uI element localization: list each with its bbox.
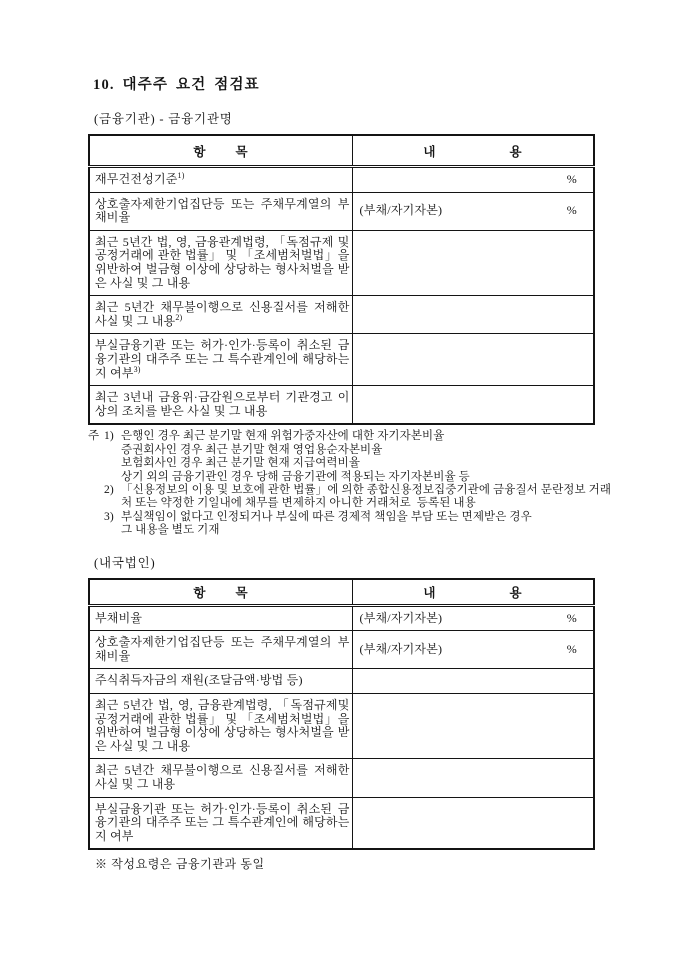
item-cell: 상호출자제한기업집단등 또는 주채무계열의 부채비율 <box>89 192 352 230</box>
domestic-corporation-table: 항 목 내 용 부채비율 (부채/자기자본)% 상호출자제한기업집단등 또는 주… <box>88 578 595 851</box>
ratio-label: (부채/자기자본) <box>360 612 443 626</box>
item-text: 재무건전성기준 <box>95 172 178 186</box>
table-row: 최근 5년간 채무불이행으로 신용질서를 저해한 사실 및 그 내용 <box>89 759 594 797</box>
column-header-item: 항 목 <box>89 579 352 606</box>
item-cell: 상호출자제한기업집단등 또는 주채무계열의 부채비율 <box>89 631 352 669</box>
item-cell: 재무건전성기준1) <box>89 167 352 193</box>
ratio-label: (부채/자기자본) <box>360 204 443 218</box>
table-row: 최근 5년간 법, 영, 금융관계법령, 「독점규제및 공정거래에 관한 법률」… <box>89 693 594 758</box>
table-row: 최근 3년내 금융위·금감원으로부터 기관경고 이상의 조치를 받은 사실 및 … <box>89 386 594 425</box>
table-row: 재무건전성기준1) % <box>89 167 594 193</box>
item-text: 최근 5년간 법, 영, 금융관계법령, 「독점규제 및 공정거래에 관한 법률… <box>95 235 350 290</box>
item-cell: 부실금융기관 또는 허가·인가·등록이 취소된 금융기관의 대주주 또는 그 특… <box>89 797 352 849</box>
footnote-line: 증권회사인 경우 최근 분기말 현재 영업용순자본비율 <box>88 444 674 457</box>
footnote-ref: 2) <box>175 313 182 322</box>
footnote-ref: 1) <box>178 171 185 180</box>
page-content: 10. 대주주 요건 점검표 (금융기관) - 금융기관명 항 목 내 용 재무… <box>0 0 680 872</box>
footnote-text: 부실책임이 없다고 인정되거나 부실에 따른 경제적 책임을 부담 또는 면제받… <box>121 511 532 524</box>
table-row: 부채비율 (부채/자기자본)% <box>89 605 594 631</box>
item-text: 주식취득자금의 재원(조달금액·방법 등) <box>95 673 303 687</box>
percent-label: % <box>567 612 577 626</box>
footnote-text: 처 또는 약정한 기일내에 채무를 변제하지 아니한 거래처로 등록된 내용 <box>121 497 476 510</box>
footnotes: 주1)은행인 경우 최근 분기말 현재 위험가중자산에 대한 자기자본비율 증권… <box>88 430 674 537</box>
item-cell: 최근 5년간 법, 영, 금융관계법령, 「독점규제 및 공정거래에 관한 법률… <box>89 230 352 295</box>
item-text: 최근 3년내 금융위·금감원으로부터 기관경고 이상의 조치를 받은 사실 및 … <box>95 390 350 418</box>
table-row: 최근 5년간 채무불이행으로 신용질서를 저해한 사실 및 그 내용2) <box>89 296 594 334</box>
financial-institution-table: 항 목 내 용 재무건전성기준1) % 상호출자제한기업집단등 또는 주채무계열… <box>88 134 595 425</box>
table-row: 상호출자제한기업집단등 또는 주채무계열의 부채비율 (부채/자기자본)% <box>89 192 594 230</box>
footnote-line: 보험회사인 경우 최근 분기말 현재 지급여력비율 <box>88 457 674 470</box>
table-row: 상호출자제한기업집단등 또는 주채무계열의 부채비율 (부채/자기자본)% <box>89 631 594 669</box>
table-row: 주식취득자금의 재원(조달금액·방법 등) <box>89 669 594 694</box>
table1-caption: (금융기관) - 금융기관명 <box>94 109 680 127</box>
item-cell: 부실금융기관 또는 허가·인가·등록이 취소된 금융기관의 대주주 또는 그 특… <box>89 334 352 386</box>
column-header-item: 항 목 <box>89 135 352 167</box>
content-cell: (부채/자기자본)% <box>352 631 594 669</box>
footer-note: ※ 작성요령은 금융기관과 동일 <box>95 855 680 872</box>
content-cell <box>352 797 594 849</box>
footnote-number: 2) <box>104 484 121 497</box>
item-text: 상호출자제한기업집단등 또는 주채무계열의 부채비율 <box>95 635 350 663</box>
ratio-label: (부채/자기자본) <box>360 643 443 657</box>
item-cell: 최근 5년간 채무불이행으로 신용질서를 저해한 사실 및 그 내용2) <box>89 296 352 334</box>
footnote-text: 증권회사인 경우 최근 분기말 현재 영업용순자본비율 <box>121 444 382 457</box>
content-cell: (부채/자기자본)% <box>352 192 594 230</box>
footnote-line: 처 또는 약정한 기일내에 채무를 변제하지 아니한 거래처로 등록된 내용 <box>88 497 674 510</box>
column-header-content: 내 용 <box>352 579 594 606</box>
item-cell: 최근 3년내 금융위·금감원으로부터 기관경고 이상의 조치를 받은 사실 및 … <box>89 386 352 425</box>
content-cell <box>352 386 594 425</box>
content-cell <box>352 759 594 797</box>
document-page: 10. 대주주 요건 점검표 (금융기관) - 금융기관명 항 목 내 용 재무… <box>0 0 680 962</box>
footnote-number: 3) <box>104 511 121 524</box>
footnote-ref: 3) <box>134 365 141 374</box>
content-cell <box>352 230 594 295</box>
percent-label: % <box>567 643 577 657</box>
footnote-text: 보험회사인 경우 최근 분기말 현재 지급여력비율 <box>121 457 360 470</box>
header-row: 항 목 내 용 <box>89 135 594 167</box>
item-cell: 최근 5년간 법, 영, 금융관계법령, 「독점규제및 공정거래에 관한 법률」… <box>89 693 352 758</box>
table-row: 부실금융기관 또는 허가·인가·등록이 취소된 금융기관의 대주주 또는 그 특… <box>89 797 594 849</box>
item-text: 최근 5년간 법, 영, 금융관계법령, 「독점규제및 공정거래에 관한 법률」… <box>95 698 350 753</box>
footnote-text: 은행인 경우 최근 분기말 현재 위험가중자산에 대한 자기자본비율 <box>121 430 444 443</box>
content-cell: (부채/자기자본)% <box>352 605 594 631</box>
item-cell: 최근 5년간 채무불이행으로 신용질서를 저해한 사실 및 그 내용 <box>89 759 352 797</box>
footnote-line: 상기 외의 금융기관인 경우 당해 금융기관에 적용되는 자기자본비율 등 <box>88 471 674 484</box>
table-row: 최근 5년간 법, 영, 금융관계법령, 「독점규제 및 공정거래에 관한 법률… <box>89 230 594 295</box>
footnote-text: 그 내용을 별도 기재 <box>121 524 220 537</box>
footnote-line: 주1)은행인 경우 최근 분기말 현재 위험가중자산에 대한 자기자본비율 <box>88 430 674 443</box>
item-text: 상호출자제한기업집단등 또는 주채무계열의 부채비율 <box>95 197 350 225</box>
footnote-number: 1) <box>104 430 121 443</box>
footnote-marker: 주 <box>88 430 104 443</box>
percent-label: % <box>567 173 577 187</box>
content-cell: % <box>352 167 594 193</box>
item-cell: 부채비율 <box>89 605 352 631</box>
item-text: 최근 5년간 채무불이행으로 신용질서를 저해한 사실 및 그 내용 <box>95 763 350 791</box>
item-text: 부실금융기관 또는 허가·인가·등록이 취소된 금융기관의 대주주 또는 그 특… <box>95 802 350 843</box>
content-cell <box>352 669 594 694</box>
content-cell <box>352 296 594 334</box>
table2-caption: (내국법인) <box>94 553 680 571</box>
content-cell <box>352 693 594 758</box>
footnote-text: 상기 외의 금융기관인 경우 당해 금융기관에 적용되는 자기자본비율 등 <box>121 471 470 484</box>
footnote-line: 그 내용을 별도 기재 <box>88 524 674 537</box>
table-row: 부실금융기관 또는 허가·인가·등록이 취소된 금융기관의 대주주 또는 그 특… <box>89 334 594 386</box>
percent-label: % <box>567 204 577 218</box>
footnote-text: 「신용정보의 이용 및 보호에 관한 법률」에 의한 종합신용정보집중기관에 금… <box>121 484 611 497</box>
footnote-line: 2)「신용정보의 이용 및 보호에 관한 법률」에 의한 종합신용정보집중기관에… <box>88 484 674 497</box>
item-text: 부채비율 <box>95 611 142 625</box>
item-text: 최근 5년간 채무불이행으로 신용질서를 저해한 사실 및 그 내용 <box>95 300 350 328</box>
column-header-content: 내 용 <box>352 135 594 167</box>
page-title: 10. 대주주 요건 점검표 <box>93 73 680 94</box>
header-row: 항 목 내 용 <box>89 579 594 606</box>
item-cell: 주식취득자금의 재원(조달금액·방법 등) <box>89 669 352 694</box>
footnote-line: 3)부실책임이 없다고 인정되거나 부실에 따른 경제적 책임을 부담 또는 면… <box>88 511 674 524</box>
content-cell <box>352 334 594 386</box>
